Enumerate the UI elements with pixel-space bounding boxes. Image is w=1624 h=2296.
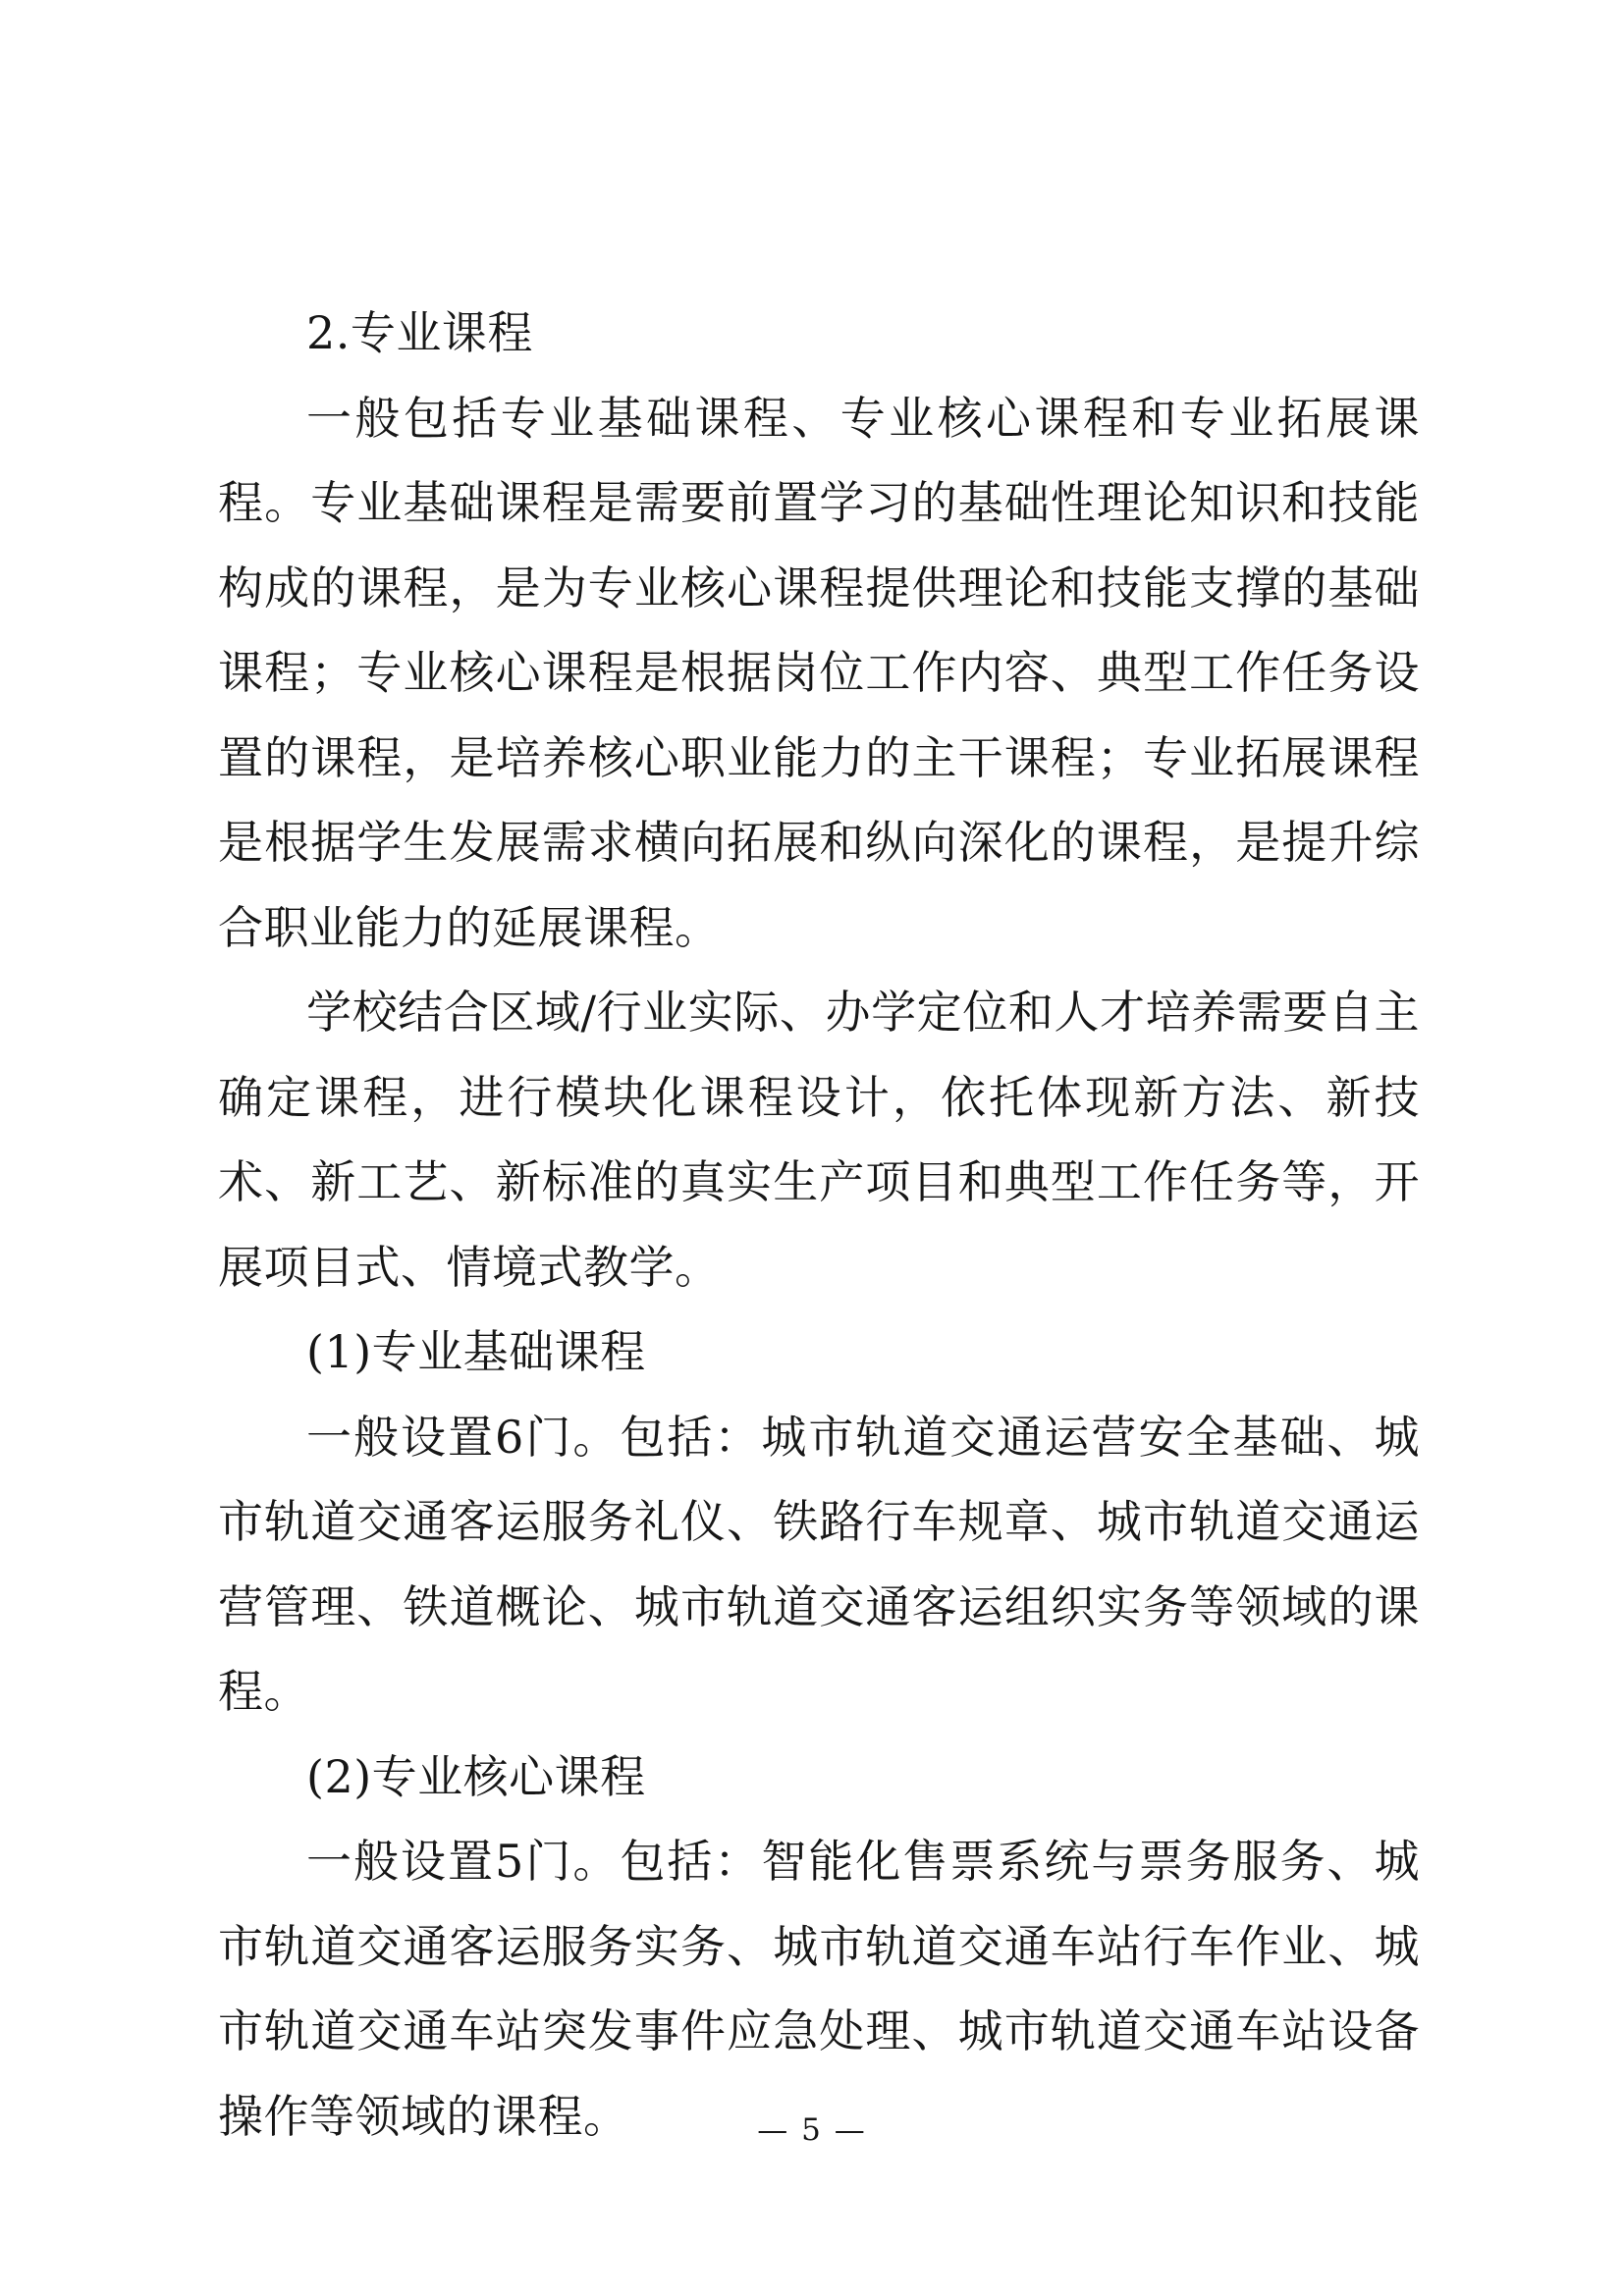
document-body: 2.专业课程 一般包括专业基础课程、专业核心课程和专业拓展课程。专业基础课程是需… xyxy=(218,291,1420,2159)
document-page: 2.专业课程 一般包括专业基础课程、专业核心课程和专业拓展课程。专业基础课程是需… xyxy=(0,0,1624,2296)
subheading-basic-courses: (1)专业基础课程 xyxy=(218,1309,1420,1395)
section-heading: 2.专业课程 xyxy=(218,291,1420,376)
paragraph-school-implementation: 学校结合区域/行业实际、办学定位和人才培养需要自主确定课程，进行模块化课程设计，… xyxy=(218,970,1420,1309)
subheading-core-courses: (2)专业核心课程 xyxy=(218,1735,1420,1820)
paragraph-basic-courses-list: 一般设置6门。包括：城市轨道交通运营安全基础、城市轨道交通客运服务礼仪、铁路行车… xyxy=(218,1395,1420,1735)
page-number: — 5 — xyxy=(0,2109,1624,2152)
paragraph-course-overview: 一般包括专业基础课程、专业核心课程和专业拓展课程。专业基础课程是需要前置学习的基… xyxy=(218,376,1420,971)
